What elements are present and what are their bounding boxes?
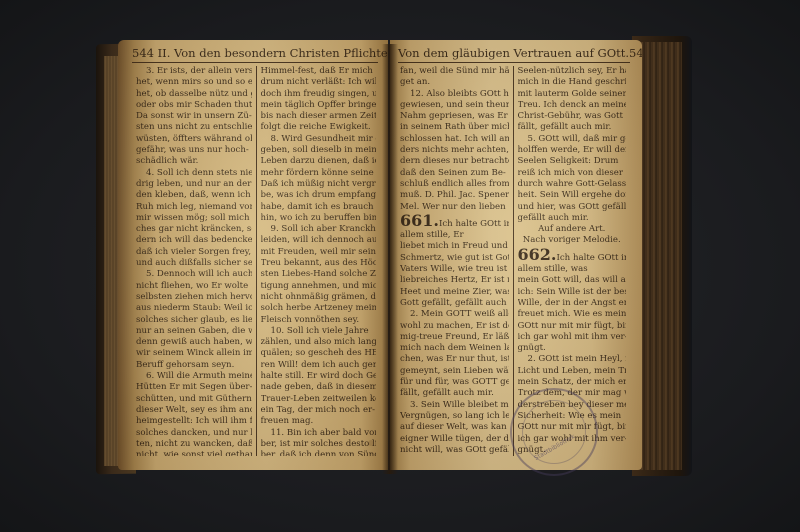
- right-column-1: fan, weil die Sünd mir hän-get an.12. Al…: [396, 66, 513, 456]
- text-line: ders nichts mehr achten, son-: [400, 145, 509, 156]
- text-line: tigung annehmen, und mich: [261, 281, 377, 292]
- text-line: halte still. Er wird doch Ge-: [261, 371, 377, 382]
- text-line: 12. Also bleibts GOtt heim-: [400, 89, 509, 100]
- text-line: den kleben, daß, wenn ich zur: [136, 190, 252, 201]
- hymn-number: 662.: [518, 247, 557, 263]
- text-line: mein Schatz, der mich erfreut:: [518, 377, 627, 388]
- text-line: fan, weil die Sünd mir hän-: [400, 66, 509, 77]
- text-line: aus niederm Staub: Weil ich: [136, 303, 252, 314]
- text-line: Treu bekannt, aus des Höch-: [261, 258, 377, 269]
- text-line: het, ob dasselbe nütz und gut;: [136, 89, 252, 100]
- text-line: gefähr, was uns nur hoch-: [136, 145, 252, 156]
- text-line: Leben darzu dienen, daß ich: [261, 156, 377, 167]
- text-line: nicht fliehen, wo Er wolte: [136, 281, 252, 292]
- text-line: und auch dißfalls sicher sey.: [136, 258, 252, 269]
- text-line: dern dieses nur betrachten,: [400, 156, 509, 167]
- text-line: leiden, will ich dennoch auch: [261, 235, 377, 246]
- text-line: mit lauterm Golde seiner: [518, 89, 627, 100]
- text-line: drum nicht verläßt: Ich will: [261, 77, 377, 88]
- text-line: mir wissen mög; soll mich sol-: [136, 213, 252, 224]
- library-stamp: Stadtbibliothek: [510, 388, 598, 476]
- text-line: fällt, gefällt auch mir.: [400, 388, 509, 399]
- text-line: wüsten, öffters währand ohn-: [136, 134, 252, 145]
- text-line: ein Tag, der mich noch er-: [261, 405, 377, 416]
- text-line: schlossen hat. Ich will an-: [400, 134, 509, 145]
- text-line: allem stille, Er: [400, 230, 509, 241]
- text-line: ich: Sein Wille ist der beste: [518, 287, 627, 298]
- text-line: chen, was Er nur thut, ist wohl: [400, 354, 509, 365]
- text-line: 662. Ich halte GOtt in: [518, 247, 627, 264]
- text-line: Mel. Wer nur den lieben &c.: [400, 202, 509, 213]
- right-running-head: Von dem gläubigen Vertrauen auf GOtt. 54…: [398, 46, 630, 63]
- right-page-number: 545: [629, 46, 642, 60]
- text-line: zählen, und also mich lange: [261, 337, 377, 348]
- right-page: Von dem gläubigen Vertrauen auf GOtt. 54…: [390, 40, 642, 470]
- text-line: ber, daß ich denn von Sünden: [261, 450, 377, 456]
- hymn-number: 661.: [400, 213, 439, 229]
- text-line: eigner Wille tügen, der das: [400, 434, 509, 445]
- text-line: liebet mich in Freud und: [400, 241, 509, 252]
- text-line: mit Freuden, weil mir seine: [261, 247, 377, 258]
- text-line: Himmel-fest, daß Er mich: [261, 66, 377, 77]
- text-line: 10. Soll ich viele Jahre: [261, 326, 377, 337]
- text-line: 9. Soll ich aber Kranckheit: [261, 224, 377, 235]
- book-gutter: [382, 44, 398, 474]
- text-line: Daß ich müßig nicht vergra-: [261, 179, 377, 190]
- text-line: get an.: [400, 77, 509, 88]
- text-line: fällt, gefällt auch mir.: [518, 122, 627, 133]
- text-line: daß ich vieler Sorgen frey,: [136, 247, 252, 258]
- text-line: allem stille, was: [518, 264, 627, 275]
- text-line: in seinem Rath über mich be-: [400, 122, 509, 133]
- text-line: Vaters Wille, wie treu ist sein: [400, 264, 509, 275]
- text-line: nicht will, was GOtt gefällt: [400, 445, 509, 456]
- text-line: schluß endlich alles frommen: [400, 179, 509, 190]
- text-line: 3. Er ists, der allein verste-: [136, 66, 252, 77]
- text-line: 4. Soll ich denn stets nie-: [136, 168, 252, 179]
- text-line: het, wenn mirs so und so erge-: [136, 77, 252, 88]
- left-page-number: 544: [132, 46, 154, 60]
- text-line: schädlich wär.: [136, 156, 252, 167]
- page-edges-right: [640, 42, 682, 470]
- text-line: Vergnügen, so lang ich leb: [400, 411, 509, 422]
- text-line: geben, soll dieselb in meinem: [261, 145, 377, 156]
- text-line: 6. Will die Armuth meiner: [136, 371, 252, 382]
- left-page: 544 II. Von den besondern Christen Pflic…: [118, 40, 388, 470]
- text-line: mein Gott will, das will auch: [518, 275, 627, 286]
- text-line: gnügt.: [518, 343, 627, 354]
- text-line: Heet und meine Zier, was: [400, 287, 509, 298]
- text-line: GOtt nur mit mir fügt, bin: [518, 321, 627, 332]
- text-line: 3. Sein Wille bleibet mein: [400, 400, 509, 411]
- text-line: sten Liebes-Hand solche Züch-: [261, 269, 377, 280]
- text-line: Seelen-nützlich sey, Er hat: [518, 66, 627, 77]
- text-line: be, was ich drum empfangen: [261, 190, 377, 201]
- text-line: holffen werde, Er will der: [518, 145, 627, 156]
- left-column-2: Himmel-fest, daß Er michdrum nicht verlä…: [256, 66, 381, 456]
- text-line: Treu. Ich denck an meine: [518, 100, 627, 111]
- text-line: Nahm gepriesen, was Er auch: [400, 111, 509, 122]
- text-line: und hier, was GOtt gefällt,: [518, 202, 627, 213]
- text-line: freuet mich. Wie es mein: [518, 309, 627, 320]
- text-line: Nach voriger Melodie.: [518, 235, 627, 246]
- text-line: solches dancken, und nur be-: [136, 428, 252, 439]
- left-page-columns: 3. Er ists, der allein verste-het, wenn …: [132, 66, 380, 456]
- text-line: schütten, und mit Güthern: [136, 394, 252, 405]
- text-line: ber, ist mir solches desto lie-: [261, 439, 377, 450]
- text-line: folgt die reiche Ewigkeit.: [261, 122, 377, 133]
- text-line: nade geben, daß in diesem: [261, 382, 377, 393]
- text-line: Wille, der in der Angst er-: [518, 298, 627, 309]
- text-line: solches sicher glaub, es lieg: [136, 315, 252, 326]
- text-line: wir seinem Winck allein im: [136, 348, 252, 359]
- text-line: drig leben, und nur an der Er-: [136, 179, 252, 190]
- text-line: gemeynt, sein Lieben währet: [400, 366, 509, 377]
- text-line: mehr fördern könne seine Ehr:: [261, 168, 377, 179]
- text-line: 8. Wird Gesundheit mir ge-: [261, 134, 377, 145]
- text-line: freuen mag.: [261, 416, 377, 427]
- text-line: Licht und Leben, mein Trost,: [518, 366, 627, 377]
- text-line: für und für, was GOTT ge-: [400, 377, 509, 388]
- text-line: 11. Bin ich aber bald vorü-: [261, 428, 377, 439]
- text-line: Hütten Er mit Segen über-: [136, 382, 252, 393]
- text-line: oder obs mir Schaden thut:: [136, 100, 252, 111]
- text-line: selbsten ziehen mich hervor: [136, 292, 252, 303]
- text-line: quälen; so gescheh des HEr-: [261, 348, 377, 359]
- text-line: daß den Seinen zum Be-: [400, 168, 509, 179]
- text-line: mein täglich Opffer bringen,: [261, 100, 377, 111]
- text-line: Beruff gehorsam seyn.: [136, 360, 252, 371]
- text-line: Seelen Seligkeit: Drum: [518, 156, 627, 167]
- text-line: ich gar wohl mit ihm ver-: [518, 332, 627, 343]
- text-line: Auf andere Art.: [518, 224, 627, 235]
- text-line: liebreiches Hertz, Er ist mein: [400, 275, 509, 286]
- text-line: Trauer-Leben zeitweilen kom: [261, 394, 377, 405]
- text-line: denn gewiß auch haben, wenn: [136, 337, 252, 348]
- text-line: wohl zu machen, Er ist der: [400, 321, 509, 332]
- text-line: nicht ohnmäßig grämen, daß: [261, 292, 377, 303]
- foxing-spot: [368, 440, 374, 446]
- text-line: 5. Dennoch will ich auch: [136, 269, 252, 280]
- left-running-head: 544 II. Von den besondern Christen Pflic…: [132, 46, 378, 63]
- text-line: auf dieser Welt, was kan mein: [400, 422, 509, 433]
- text-line: Da sonst wir in unsern Zü-: [136, 111, 252, 122]
- text-line: heimgestellt: Ich will ihm für: [136, 416, 252, 427]
- text-line: Christ-Gebühr, was Gott ge-: [518, 111, 627, 122]
- text-line: nur an seinen Gaben, die wir: [136, 326, 252, 337]
- text-line: doch ihm freudig singen, und: [261, 89, 377, 100]
- text-line: Ruh mich leg, niemand von: [136, 202, 252, 213]
- text-line: Gott gefällt, gefällt auch mir.: [400, 298, 509, 309]
- text-line: Fleisch vonnöthen sey.: [261, 315, 377, 326]
- text-line: habe, damit ich es brauch da-: [261, 202, 377, 213]
- text-line: 2. GOtt ist mein Heyl, mein: [518, 354, 627, 365]
- text-line: mich in die Hand geschrieben: [518, 77, 627, 88]
- text-line: bis nach dieser armen Zeit: [261, 111, 377, 122]
- text-line: dieser Welt, sey es ihm anch: [136, 405, 252, 416]
- text-line: 5. GOtt will, daß mir ge-: [518, 134, 627, 145]
- text-line: sten uns nicht zu entschliessen: [136, 122, 252, 133]
- photo-scene: 544 II. Von den besondern Christen Pflic…: [0, 0, 800, 532]
- text-line: Schmertz, wie gut ist Gottes: [400, 253, 509, 264]
- text-line: ren Will! dem ich auch gern: [261, 360, 377, 371]
- text-line: nicht, wie sonst viel gethan, ich: [136, 450, 252, 456]
- text-line: 2. Mein GOTT weiß alles: [400, 309, 509, 320]
- text-line: durch wahre Gott-Gelassen-: [518, 179, 627, 190]
- text-line: gefällt auch mir.: [518, 213, 627, 224]
- text-line: hin, wo ich zu beruffen bin.: [261, 213, 377, 224]
- left-running-title: II. Von den besondern Christen Pflichten…: [158, 46, 388, 60]
- text-line: dern ich will das bedencken,: [136, 235, 252, 246]
- text-line: mig-treue Freund, Er läßt: [400, 332, 509, 343]
- text-line: heit. Sein Will ergehe dort: [518, 190, 627, 201]
- text-line: gewiesen, und sein theurer: [400, 100, 509, 111]
- right-page-columns: fan, weil die Sünd mir hän-get an.12. Al…: [396, 66, 630, 456]
- text-line: ten, nicht zu wancken, daß: [136, 439, 252, 450]
- text-line: solch herbe Artzeney meinem: [261, 303, 377, 314]
- text-line: ches gar nicht kräncken, son-: [136, 224, 252, 235]
- text-line: reiß ich mich von dieser Erde,: [518, 168, 627, 179]
- right-running-title: Von dem gläubigen Vertrauen auf GOtt.: [398, 46, 629, 60]
- stamp-text: Stadtbibliothek: [533, 433, 576, 462]
- text-line: 661. Ich halte GOtt in: [400, 213, 509, 230]
- text-line: mich nach dem Weinen la-: [400, 343, 509, 354]
- text-line: muß. D. Phil. Jac. Spener.: [400, 190, 509, 201]
- left-column-1: 3. Er ists, der allein verste-het, wenn …: [132, 66, 256, 456]
